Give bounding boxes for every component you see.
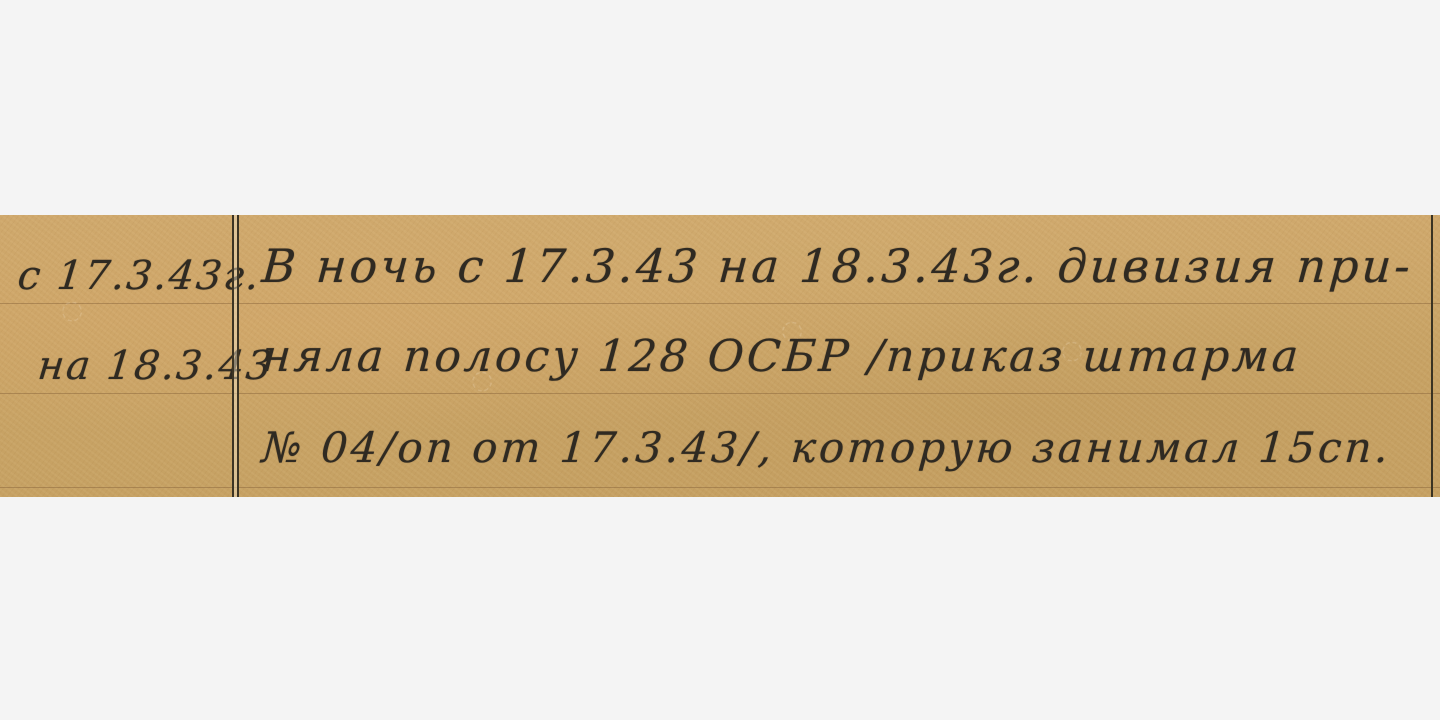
entry-line-2: няла полосу 128 ОСБР /приказ штарма <box>260 331 1303 382</box>
date-from: с 17.3.43г. <box>16 253 264 299</box>
entry-line-1: В ночь с 17.3.43 на 18.3.43г. дивизия пр… <box>260 239 1415 293</box>
date-to: на 18.3.43 <box>36 343 276 389</box>
entry-line-3: № 04/оп от 17.3.43/, которую занимал 15с… <box>260 423 1392 472</box>
right-margin-line <box>1431 215 1433 497</box>
scanned-document-strip: ◌ ◌ ◌ ◌ с 17.3.43г. на 18.3.43 В ночь с … <box>0 215 1440 497</box>
ruled-line <box>0 303 1440 304</box>
page: ◌ ◌ ◌ ◌ с 17.3.43г. на 18.3.43 В ночь с … <box>0 0 1440 720</box>
column-divider <box>232 215 239 497</box>
ruled-line <box>0 487 1440 488</box>
ruled-line <box>0 393 1440 394</box>
